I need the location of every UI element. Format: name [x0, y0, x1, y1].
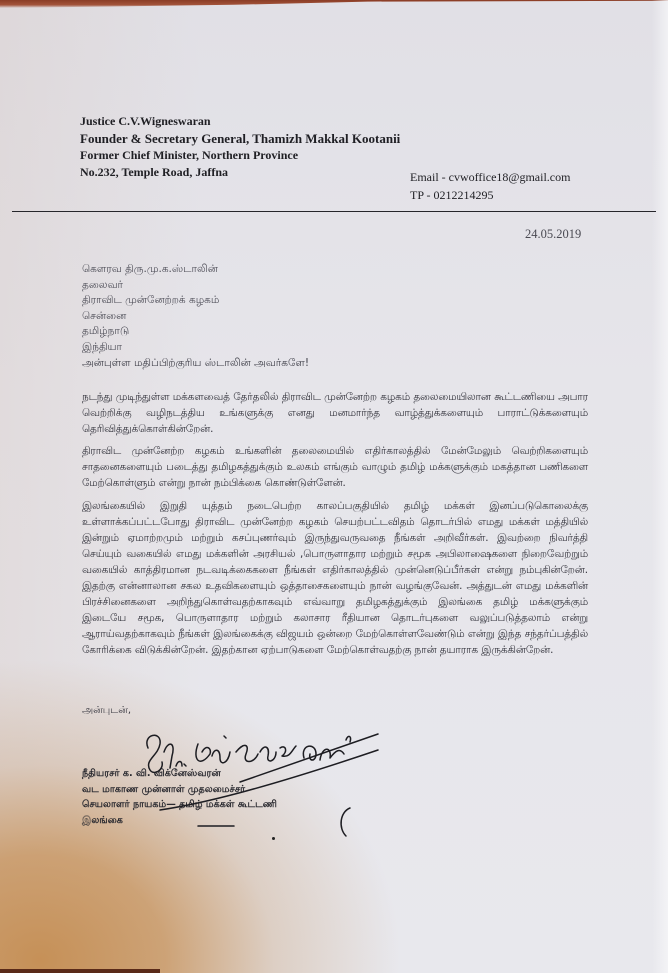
sender-address: No.232, Temple Road, Jaffna	[80, 164, 400, 181]
recipient-line: இந்தியா	[82, 340, 219, 356]
sender-title: Founder & Secretary General, Thamizh Mak…	[80, 130, 400, 147]
desk-edge-bottom	[0, 969, 160, 973]
contact-email: Email - cvwoffice18@gmail.com	[410, 168, 570, 186]
body-paragraph: நடந்து முடிந்துள்ள மக்களவைத் தேர்தலில் த…	[82, 389, 588, 437]
recipient-line: தலைவர்	[82, 278, 219, 294]
paper-highlight	[652, 0, 668, 973]
desk-edge-top	[0, 0, 668, 8]
recipient-line: திராவிட முன்னேற்றக் கழகம்	[82, 293, 219, 309]
letterhead-divider	[12, 211, 656, 212]
sender-former-role: Former Chief Minister, Northern Province	[80, 147, 400, 164]
closing: அன்புடன்,	[82, 705, 131, 717]
letter-date: 24.05.2019	[525, 227, 581, 242]
salutation: அன்புள்ள மதிப்பிற்குரிய ஸ்டாலின் அவர்களே…	[82, 357, 309, 370]
contact-block: Email - cvwoffice18@gmail.com TP - 02122…	[410, 168, 570, 204]
handwritten-signature	[140, 730, 380, 840]
recipient-line: தமிழ்நாடு	[82, 324, 219, 340]
contact-phone: TP - 0212214295	[410, 186, 570, 204]
recipient-line: கௌரவ திரு.மு.க.ஸ்டாலின்	[82, 262, 219, 278]
letter-page: Justice C.V.Wigneswaran Founder & Secret…	[0, 0, 668, 973]
sender-name: Justice C.V.Wigneswaran	[80, 113, 400, 130]
recipient-line: சென்னை	[82, 309, 219, 325]
body-paragraph: இலங்கையில் இறுதி யுத்தம் நடைபெற்ற காலப்ப…	[82, 498, 588, 658]
body-paragraph: திராவிட முன்னேற்ற கழகம் உங்களின் தலைமையி…	[82, 443, 588, 491]
recipient-address: கௌரவ திரு.மு.க.ஸ்டாலின் தலைவர் திராவிட ம…	[82, 262, 219, 355]
ink-speck	[272, 837, 275, 840]
letterhead: Justice C.V.Wigneswaran Founder & Secret…	[80, 113, 400, 181]
